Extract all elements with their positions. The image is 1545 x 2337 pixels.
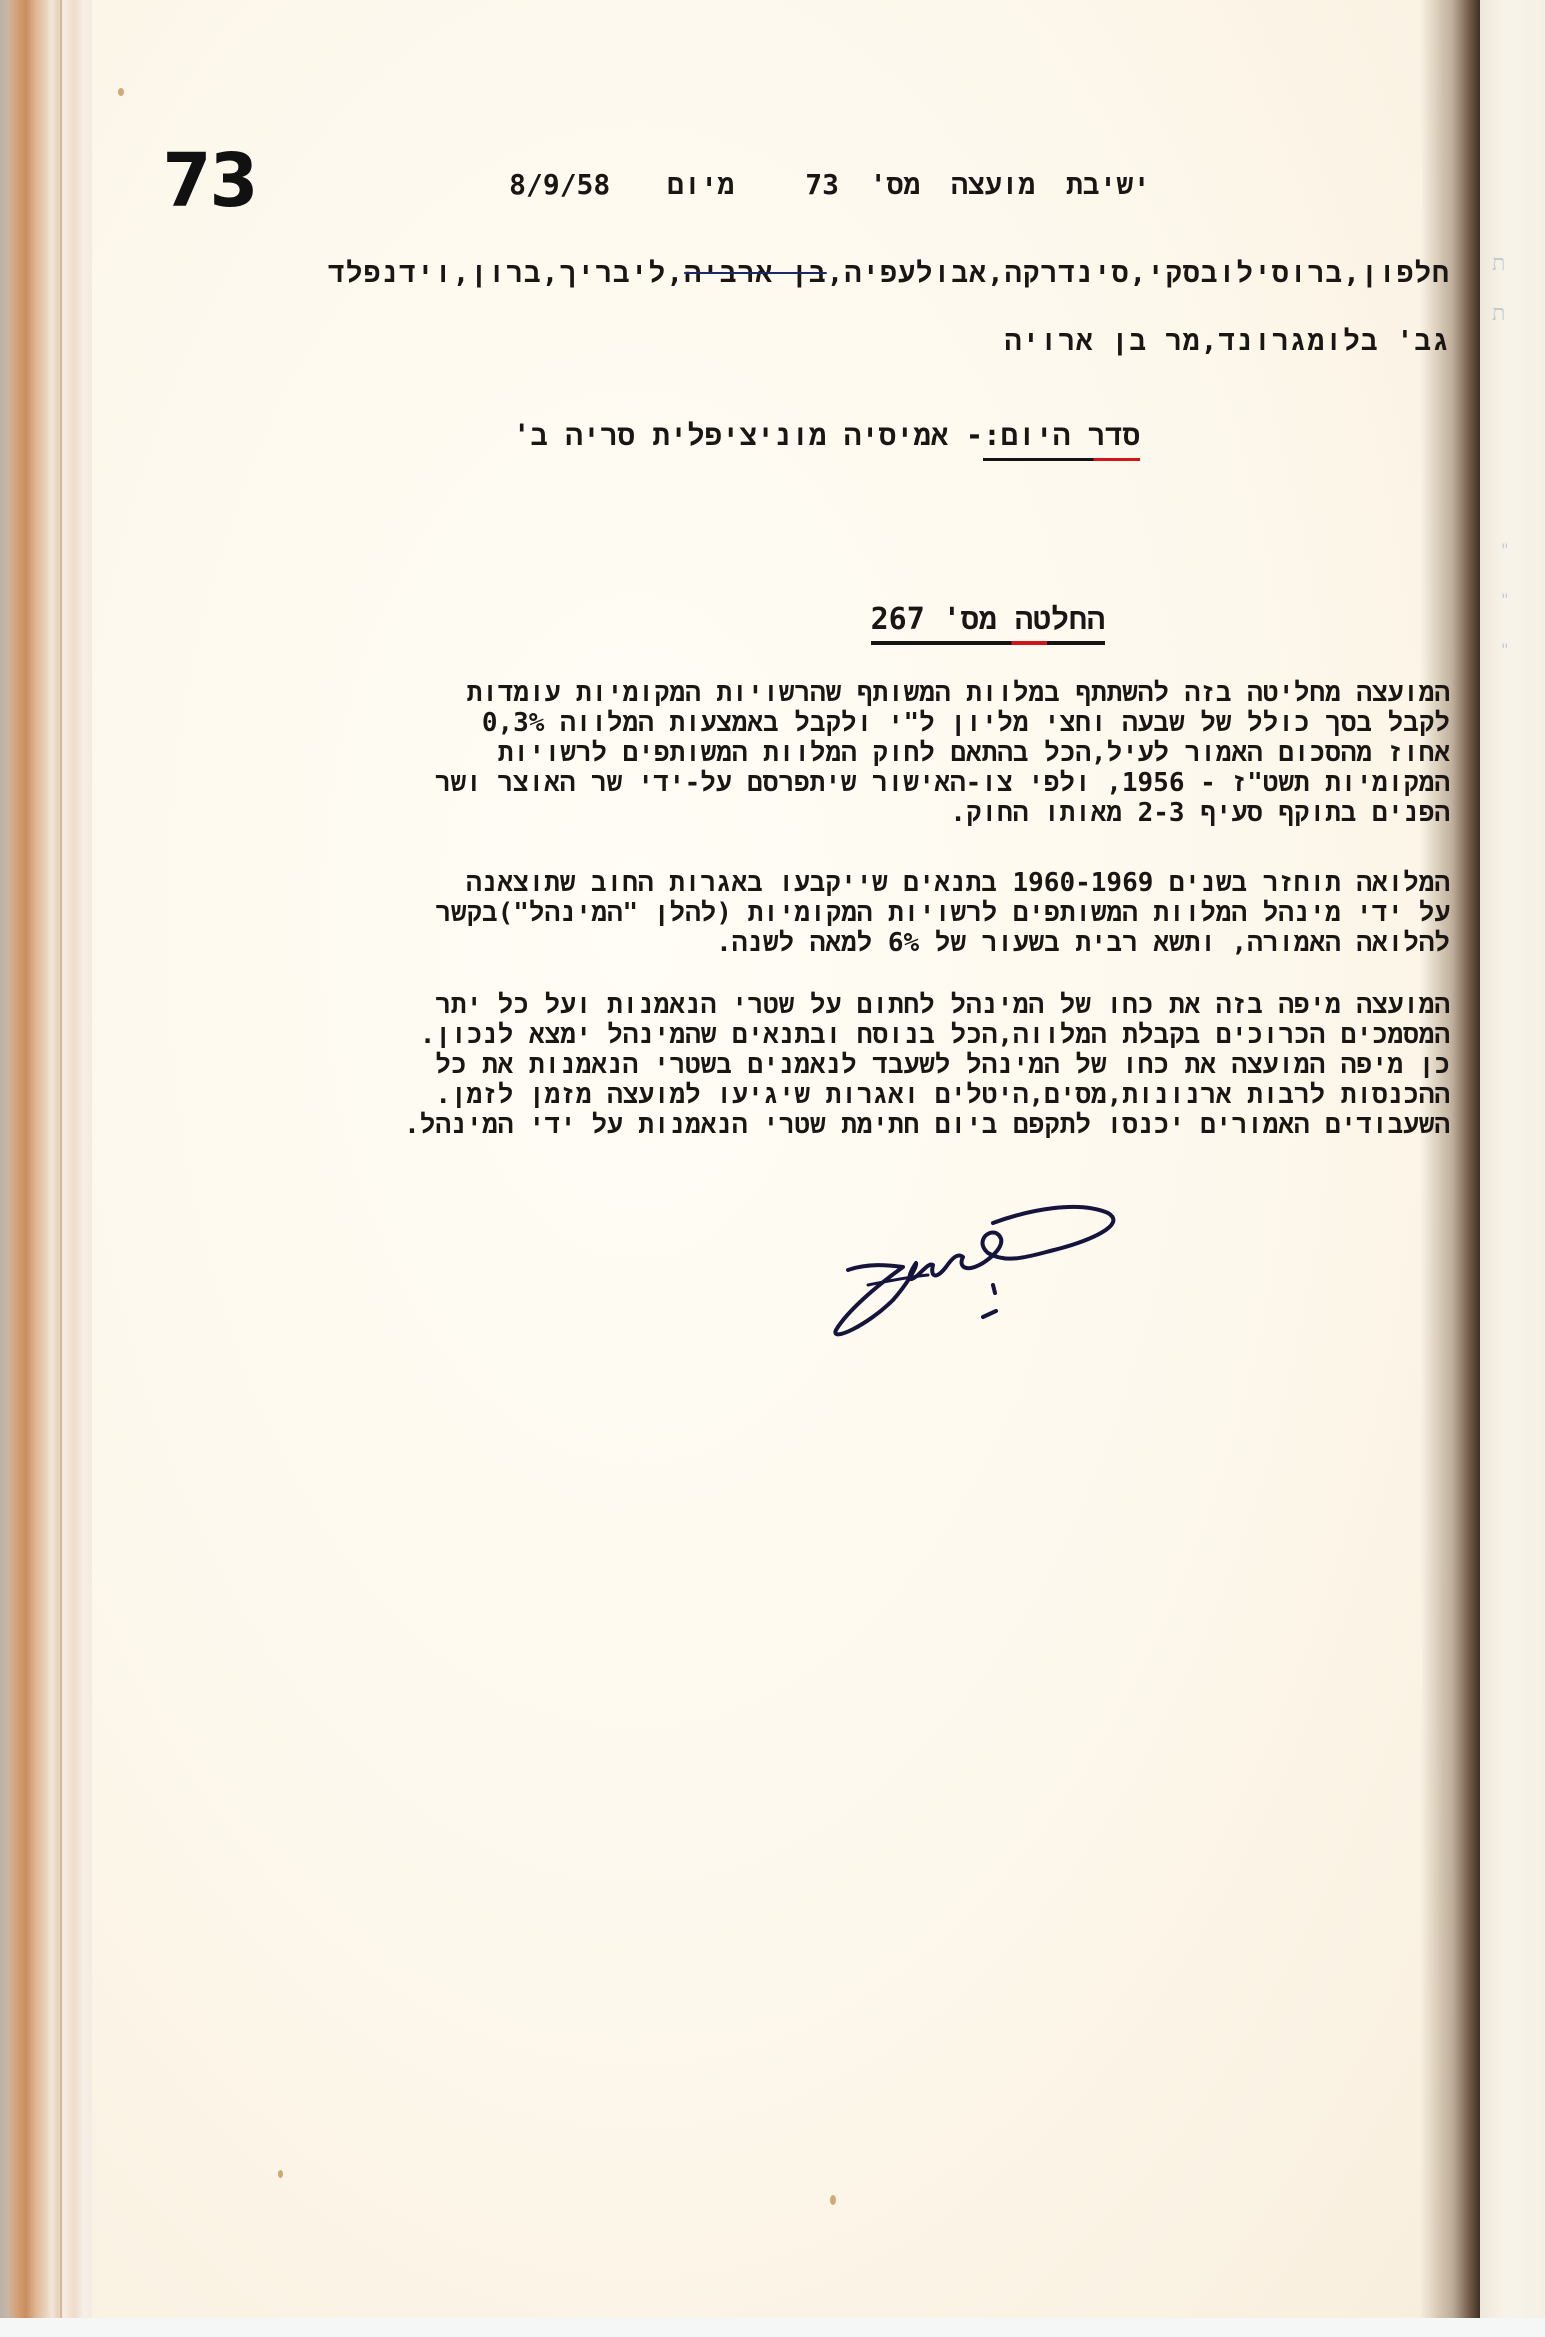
attendees-line-1: חלפון,ברוסילובסקי,סינדרקה,אבולעפיה,בן אר… — [328, 256, 1450, 291]
paper-stain — [830, 2195, 836, 2205]
meeting-header: ישיבת מועצה מס' 73 מיום 8/9/58 — [509, 168, 1150, 203]
bleed-through-mark: " — [1500, 540, 1510, 559]
attendees-names: ,ליבריך,ברון,וידנפלד — [328, 256, 684, 289]
attendees-names: חלפון,ברוסילובסקי,סינדרקה,אבולעפיה, — [827, 256, 1450, 289]
agenda-text: - אמיסיה מוניציפלית סריה ב' — [513, 418, 983, 452]
meeting-date: 8/9/58 — [509, 168, 610, 201]
resolution-paragraph-1: המועצה מחליטה בזה להשתתף במלוות המשותף ש… — [180, 678, 1450, 828]
paper-stain — [118, 88, 124, 96]
paragraph-line: המלואה תוחזר בשנים 1960-1969 בתנאים שייק… — [180, 868, 1450, 898]
paper-stain — [278, 2170, 283, 2178]
handwritten-page-number: 73 — [162, 138, 256, 224]
meeting-title: ישיבת מועצה מס' 73 — [805, 168, 1150, 201]
adjacent-page-edge — [1480, 0, 1545, 2337]
paragraph-line: הפנים בתוקף סעיף 2-3 מאותו החוק. — [180, 798, 1450, 828]
bleed-through-mark: ת — [1492, 250, 1505, 276]
attendees-line-2: גב' בלומגרונד,מר בן ארויה — [1005, 324, 1450, 359]
paragraph-line: השעבודים האמורים יכנסו לתקפם ביום חתימת … — [180, 1110, 1450, 1140]
paragraph-line: ההכנסות לרבות ארנונות,מסים,היטלים ואגרות… — [180, 1080, 1450, 1110]
agenda-label: סדר היום: — [983, 418, 1140, 461]
paragraph-line: כן מיפה המועצה את כחו של המינהל לשעבד לנ… — [180, 1050, 1450, 1080]
paragraph-line: על ידי מינהל המלוות המשותפים לרשויות המק… — [180, 898, 1450, 928]
signature-icon — [808, 1185, 1138, 1345]
bleed-through-mark: " — [1500, 590, 1510, 609]
agenda-line: סדר היום:- אמיסיה מוניציפלית סריה ב' — [513, 418, 1140, 454]
resolution-number: החלטה מס' 267 — [871, 602, 1105, 645]
paragraph-line: לקבל בסך כולל של שבעה וחצי מליון ל"י ולק… — [180, 708, 1450, 738]
paragraph-line: המסמכים הכרוכים בקבלת המלווה,הכל בנוסח ו… — [180, 1020, 1450, 1050]
resolution-paragraph-2: המלואה תוחזר בשנים 1960-1969 בתנאים שייק… — [180, 868, 1450, 958]
paragraph-line: המקומיות תשט"ז - 1956, ולפי צו-האישור שי… — [180, 768, 1450, 798]
paragraph-line: המועצה מחליטה בזה להשתתף במלוות המשותף ש… — [180, 678, 1450, 708]
bleed-through-mark: ת — [1492, 300, 1505, 326]
book-binding-edge — [0, 0, 92, 2337]
date-label: מיום — [667, 168, 734, 201]
bleed-through-mark: " — [1500, 640, 1510, 659]
paragraph-line: המועצה מיפה בזה את כחו של המינהל לחתום ע… — [180, 990, 1450, 1020]
resolution-paragraph-3: המועצה מיפה בזה את כחו של המינהל לחתום ע… — [180, 990, 1450, 1140]
struck-name: בן ארביה — [684, 256, 826, 289]
scan-bottom-margin — [0, 2318, 1545, 2337]
paragraph-line: אחוז מהסכום האמור לעיל,הכל בהתאם לחוק המ… — [180, 738, 1450, 768]
paragraph-line: להלואה האמורה, ותשא רבית בשעור של 6% למא… — [180, 928, 1450, 958]
resolution-title: החלטה מס' 267 — [871, 602, 1105, 639]
